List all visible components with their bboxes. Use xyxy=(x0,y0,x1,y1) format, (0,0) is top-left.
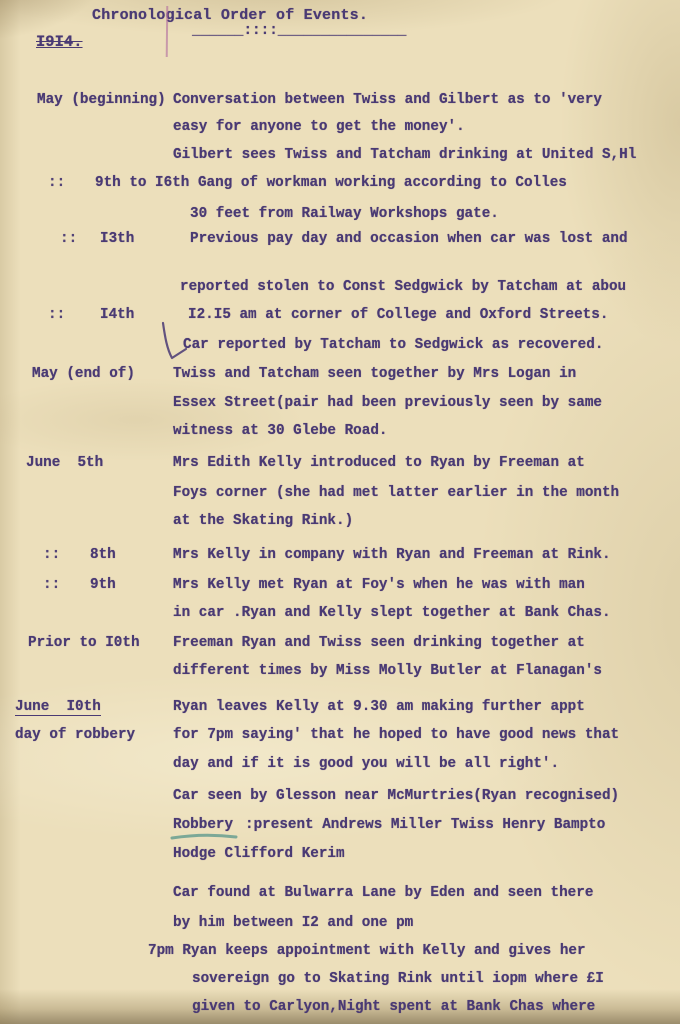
ditto-mark: :: xyxy=(60,232,77,246)
event-text: Previous pay day and occasion when car w… xyxy=(190,232,628,246)
event-text: Mrs Kelly met Ryan at Foy's when he was … xyxy=(173,578,585,592)
event-text: different times by Miss Molly Butler at … xyxy=(173,664,602,678)
pencil-underline xyxy=(170,831,238,841)
ditto-mark: :: xyxy=(43,548,60,562)
event-text: Mrs Edith Kelly introduced to Ryan by Fr… xyxy=(173,456,585,470)
ditto-mark: :: xyxy=(43,578,60,592)
date-label: 8th xyxy=(90,548,116,562)
event-text: sovereign go to Skating Rink until iopm … xyxy=(192,972,604,986)
event-text: Hodge Clifford Kerim xyxy=(173,847,345,861)
event-text: :present Andrews Miller Twiss Henry Bamp… xyxy=(245,818,605,832)
date-label: day of robbery xyxy=(15,728,135,742)
event-text: 7pm Ryan keeps appointment with Kelly an… xyxy=(148,944,586,958)
ditto-mark: :: xyxy=(48,176,65,190)
date-label: June 5th xyxy=(26,456,103,470)
event-text: Twiss and Tatcham seen together by Mrs L… xyxy=(173,367,576,381)
date-label: I3th xyxy=(100,232,134,246)
date-label: 9th xyxy=(90,578,116,592)
event-text: Car seen by Glesson near McMurtries(Ryan… xyxy=(173,789,619,803)
date-label: May (end of) xyxy=(32,367,135,381)
event-text: I2.I5 am at corner of College and Oxford… xyxy=(188,308,608,322)
event-text: witness at 30 Glebe Road. xyxy=(173,424,388,438)
year-label: I9I4. xyxy=(36,35,83,51)
event-text: reported stolen to Const Sedgwick by Tat… xyxy=(180,280,626,294)
event-text: Freeman Ryan and Twiss seen drinking tog… xyxy=(173,636,585,650)
event-text: for 7pm saying' that he hoped to have go… xyxy=(173,728,619,742)
event-text: in car .Ryan and Kelly slept together at… xyxy=(173,606,611,620)
event-text: Conversation between Twiss and Gilbert a… xyxy=(173,93,602,107)
event-text: 30 feet from Railway Workshops gate. xyxy=(190,207,499,221)
event-text: Ryan leaves Kelly at 9.30 am making furt… xyxy=(173,700,585,714)
date-label: Prior to I0th xyxy=(28,636,140,650)
date-label: May (beginning) xyxy=(37,93,166,107)
event-text: 9th to I6th Gang of workman working acco… xyxy=(95,176,567,190)
document-title: Chronological Order of Events. xyxy=(92,8,368,23)
event-text: Car found at Bulwarra Lane by Eden and s… xyxy=(173,886,593,900)
page: Chronological Order of Events. ______:::… xyxy=(0,0,680,1024)
event-text: Mrs Kelly in company with Ryan and Freem… xyxy=(173,548,611,562)
event-text: Gilbert sees Twiss and Tatcham drinking … xyxy=(173,148,636,162)
title-rule: ______::::_______________ xyxy=(192,24,407,38)
event-text: by him between I2 and one pm xyxy=(173,916,413,930)
margin-line xyxy=(166,6,169,57)
event-text: day and if it is good you will be all ri… xyxy=(173,757,559,771)
event-text: Essex Street(pair had been previously se… xyxy=(173,396,602,410)
date-label: June I0th xyxy=(15,700,101,716)
event-text: at the Skating Rink.) xyxy=(173,514,353,528)
event-text: Car reported by Tatcham to Sedgwick as r… xyxy=(183,338,603,352)
event-text: given to Carlyon,Night spent at Bank Cha… xyxy=(192,1000,595,1014)
event-text: Foys corner (she had met latter earlier … xyxy=(173,486,619,500)
ditto-mark: :: xyxy=(48,308,65,322)
date-label: I4th xyxy=(100,308,134,322)
event-text: easy for anyone to get the money'. xyxy=(173,120,465,134)
annotation-arrow-icon xyxy=(152,320,190,366)
